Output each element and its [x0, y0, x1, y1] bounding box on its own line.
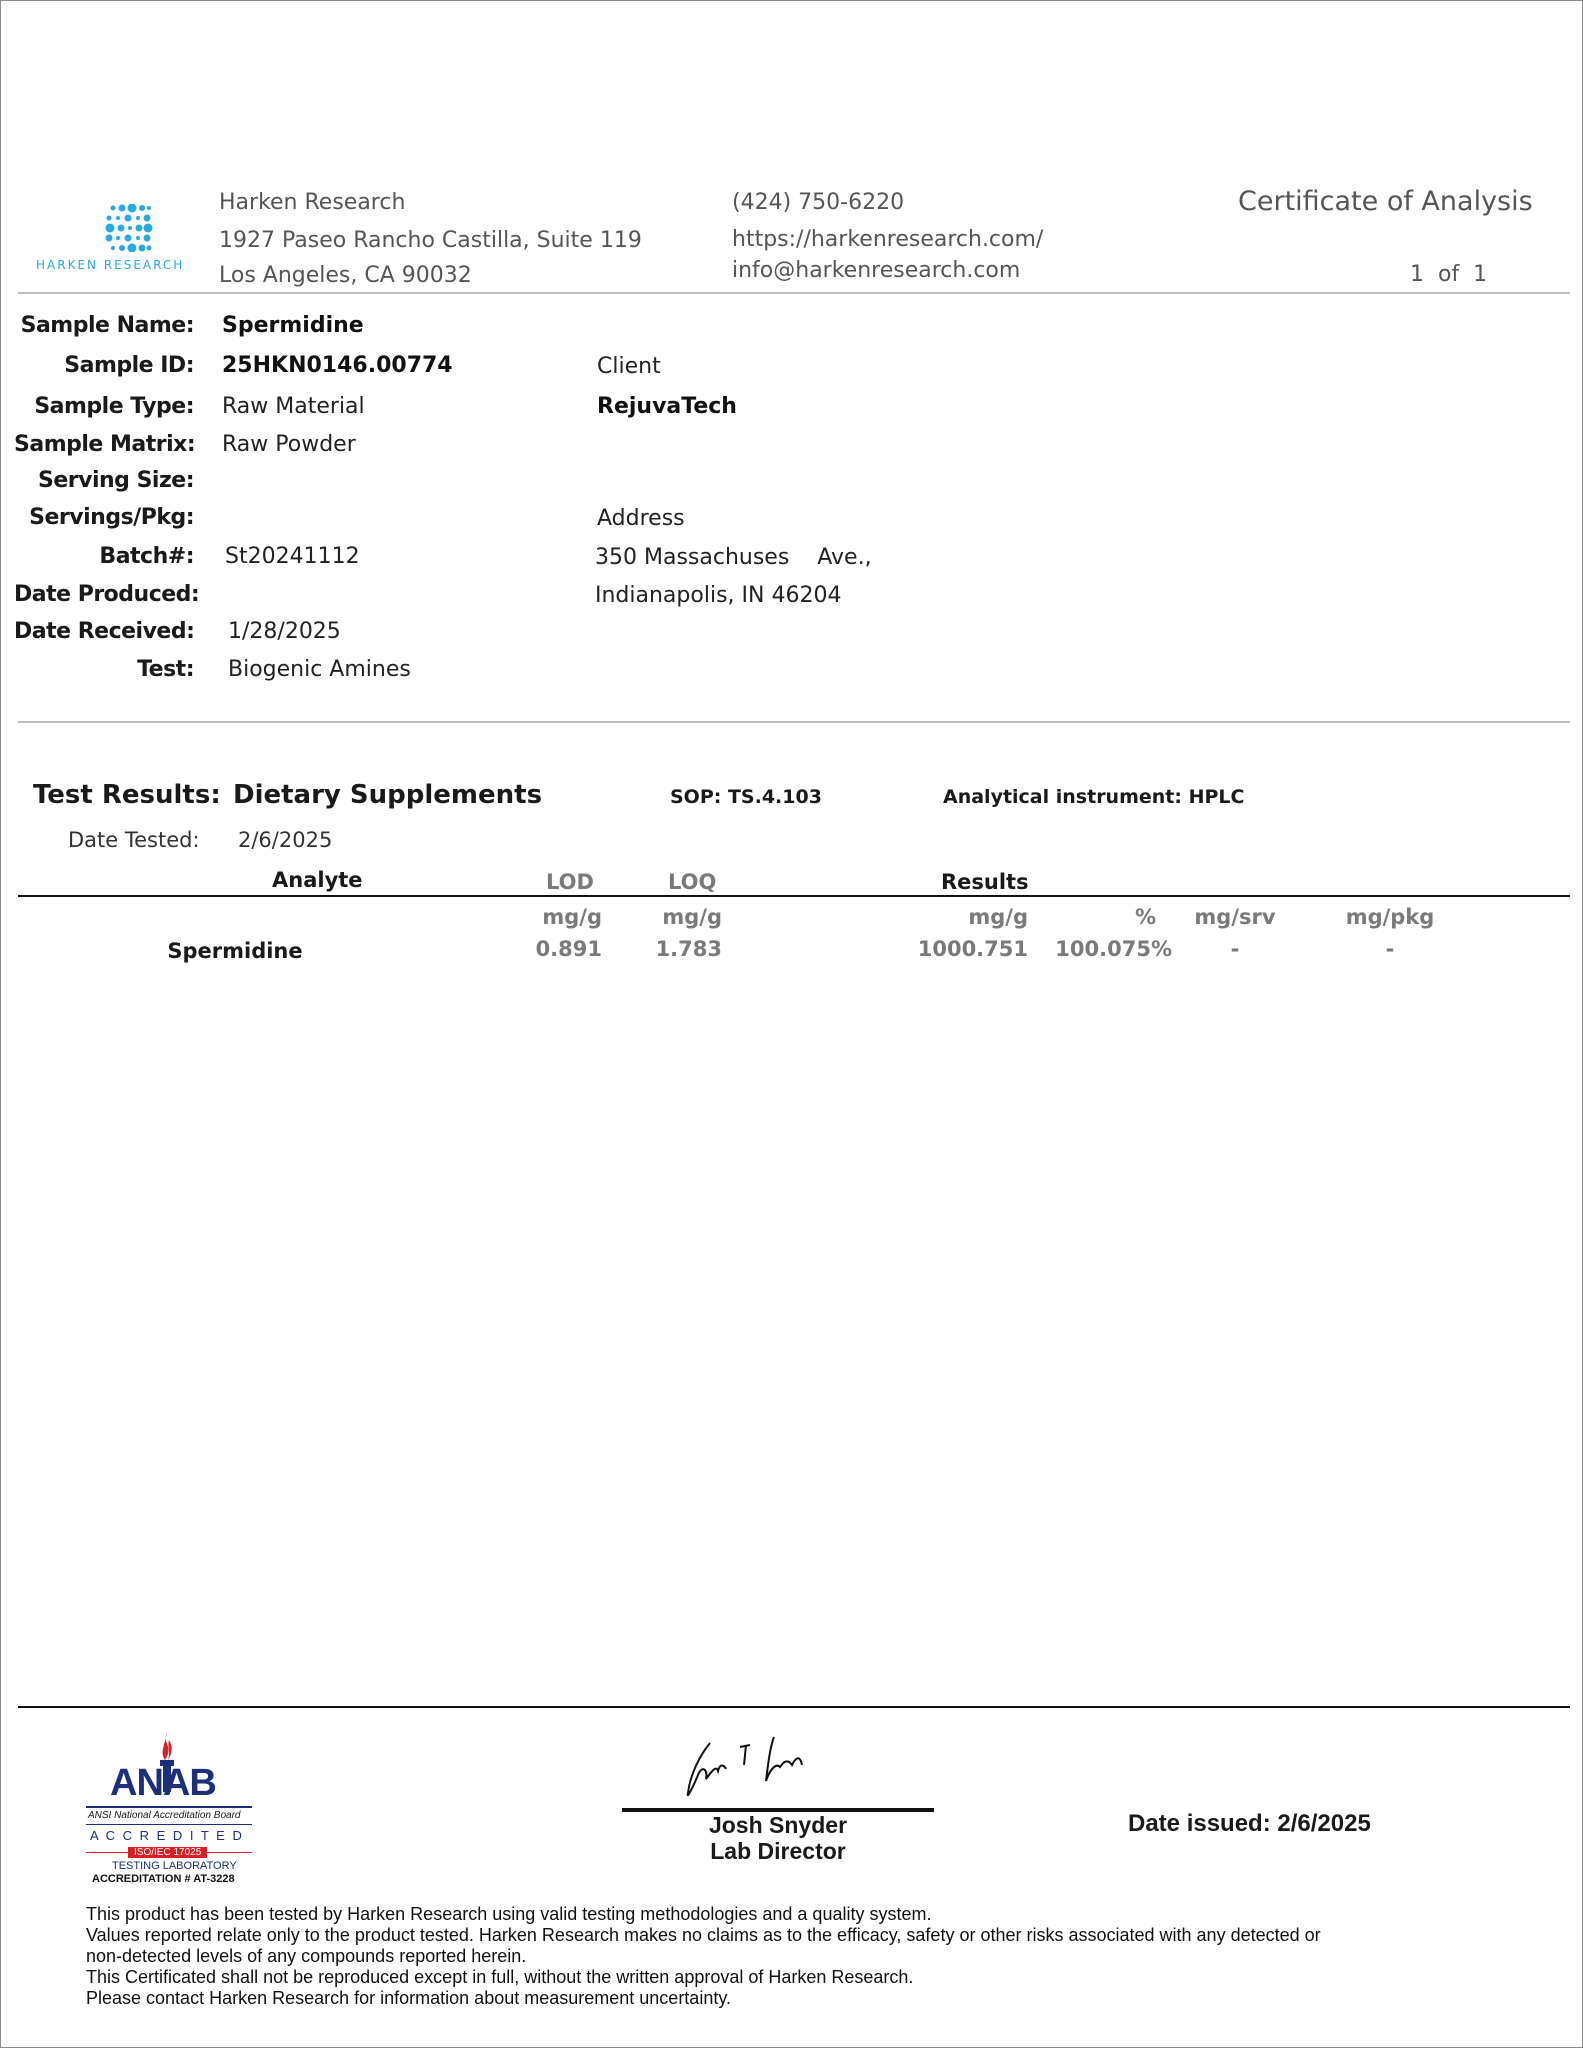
header-divider [18, 292, 1570, 294]
signatory-name: Josh Snyder [622, 1812, 934, 1839]
lab-website-link[interactable]: https://harkenresearch.com/ [732, 227, 1043, 252]
anab-logo-text: ANAB [110, 1762, 216, 1805]
date-tested-value: 2/6/2025 [238, 828, 332, 852]
disclaimer-line: This Certificated shall not be reproduce… [86, 1967, 1321, 1988]
lab-name: Harken Research [219, 190, 405, 215]
sample-field-value: St20241112 [225, 544, 360, 569]
disclaimer-line: This product has been tested by Harken R… [86, 1904, 1321, 1925]
logo-wordmark: HARKEN RESEARCH [36, 258, 184, 272]
date-issued: Date issued: 2/6/2025 [1128, 1810, 1371, 1838]
client-name: RejuvaTech [597, 394, 737, 419]
unit-result-mg-srv: mg/srv [1180, 905, 1290, 929]
lod-cell: 0.891 [520, 937, 602, 961]
sample-field-value: Spermidine [222, 313, 364, 338]
disclaimer-line: Please contact Harken Research for infor… [86, 1988, 1321, 2009]
disclaimer-line: Values reported relate only to the produ… [86, 1925, 1321, 1946]
sample-field-label: Sample Name: [14, 313, 194, 338]
sample-field-label: Sample ID: [14, 353, 194, 378]
sample-field-label: Serving Size: [14, 468, 194, 493]
lab-address-line1: 1927 Paseo Rancho Castilla, Suite 119 [219, 228, 642, 253]
anab-accreditation-number: ACCREDITATION # AT-3228 [92, 1873, 235, 1885]
disclaimer-line: non-detected levels of any compounds rep… [86, 1946, 1321, 1967]
anab-standard: ISO/IEC 17025 [128, 1847, 207, 1858]
lab-email-link[interactable]: info@harkenresearch.com [732, 258, 1020, 283]
sample-field-value: Raw Powder [222, 432, 356, 457]
col-header-analyte: Analyte [272, 868, 363, 892]
unit-loq: mg/g [640, 905, 722, 929]
anab-board-name: ANSI National Accreditation Board [88, 1810, 241, 1821]
sample-field-label: Sample Matrix: [14, 432, 194, 457]
sample-field-value: Biogenic Amines [228, 657, 411, 682]
sample-field-label: Batch#: [14, 544, 194, 569]
footer-rule [18, 1706, 1570, 1708]
harken-logo: HARKEN RESEARCH [36, 204, 216, 274]
col-header-lod: LOD [546, 870, 594, 894]
client-address-line2: Indianapolis, IN 46204 [595, 583, 841, 608]
sample-field-value: Raw Material [222, 394, 365, 419]
col-header-loq: LOQ [668, 870, 716, 894]
sample-field-label: Sample Type: [14, 394, 194, 419]
result-mg-pkg-cell: - [1330, 937, 1450, 961]
anab-lab-type: TESTING LABORATORY [112, 1860, 237, 1872]
client-label: Client [597, 354, 661, 379]
sample-field-label: Servings/Pkg: [14, 505, 194, 530]
badge-rule [86, 1824, 252, 1825]
sample-field-value: 25HKN0146.00774 [222, 353, 453, 378]
analyte-cell: Spermidine [110, 939, 360, 963]
results-category: Dietary Supplements [233, 780, 542, 810]
result-pct-cell: 100.075% [1040, 937, 1172, 961]
unit-result-pct: % [1060, 905, 1156, 929]
unit-result-mg-pkg: mg/pkg [1330, 905, 1450, 929]
signatory-title: Lab Director [622, 1838, 934, 1865]
anab-accreditation-badge: ANAB ANSI National Accreditation Board A… [84, 1730, 254, 1886]
dot-grid-logo-icon [104, 204, 154, 252]
disclaimer: This product has been tested by Harken R… [86, 1904, 1321, 2009]
sample-divider [18, 721, 1570, 723]
document-title: Certificate of Analysis [1238, 186, 1533, 217]
unit-lod: mg/g [520, 905, 602, 929]
result-mg-g-cell: 1000.751 [900, 937, 1028, 961]
lab-address-line2: Los Angeles, CA 90032 [219, 263, 472, 288]
sample-field-label: Date Received: [14, 619, 194, 644]
sample-field-label: Date Produced: [14, 582, 194, 607]
results-sop: SOP: TS.4.103 [670, 786, 822, 808]
client-address-line1: 350 Massachuses Ave., [595, 545, 872, 570]
badge-rule [86, 1806, 252, 1808]
result-mg-srv-cell: - [1180, 937, 1290, 961]
anab-accredited: A C C R E D I T E D [90, 1828, 244, 1843]
sample-field-value: 1/28/2025 [228, 619, 341, 644]
results-table-rule [18, 895, 1570, 897]
client-address-label: Address [597, 506, 685, 531]
page-indicator: 1 of 1 [1410, 262, 1487, 287]
unit-result-mg-g: mg/g [900, 905, 1028, 929]
sample-field-label: Test: [14, 657, 194, 682]
date-tested-label: Date Tested: [68, 828, 200, 852]
results-instrument: Analytical instrument: HPLC [943, 786, 1244, 808]
lab-phone: (424) 750-6220 [732, 190, 904, 215]
col-header-results: Results [941, 870, 1029, 894]
signature-image [670, 1735, 890, 1805]
loq-cell: 1.783 [640, 937, 722, 961]
results-heading: Test Results: [33, 780, 221, 810]
